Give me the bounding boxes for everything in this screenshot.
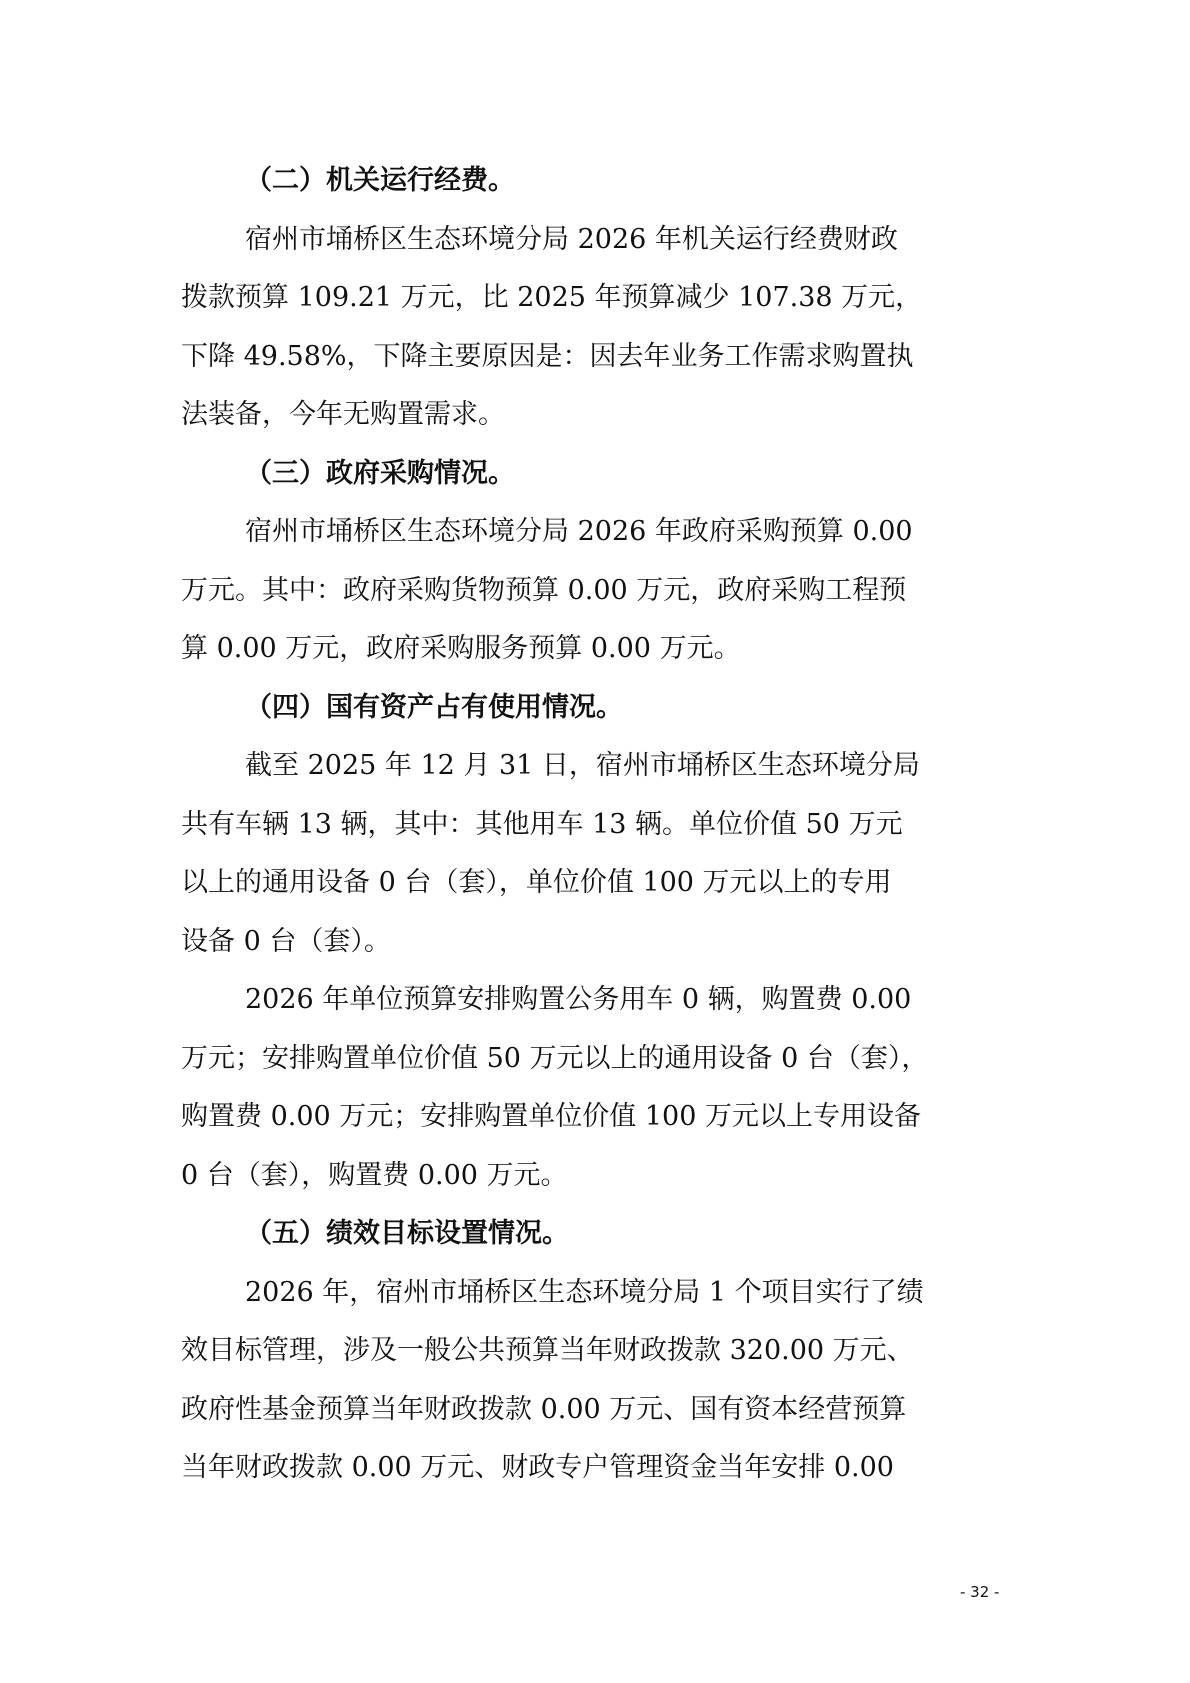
paragraph-line: 宿州市埇桥区生态环境分局 2026 年政府采购预算 0.00 — [181, 503, 1007, 562]
paragraph-line: 万元。其中：政府采购货物预算 0.00 万元，政府采购工程预 — [181, 562, 1007, 621]
paragraph-line: 拨款预算 109.21 万元，比 2025 年预算减少 107.38 万元， — [181, 269, 1007, 328]
section-heading-operating-expenses: （二）机关运行经费。 — [181, 152, 1007, 211]
section-heading-procurement: （三）政府采购情况。 — [181, 445, 1007, 504]
paragraph-line: 购置费 0.00 万元；安排购置单位价值 100 万元以上专用设备 — [181, 1088, 1007, 1147]
paragraph-line: 效目标管理，涉及一般公共预算当年财政拨款 320.00 万元、 — [181, 1322, 1007, 1381]
paragraph-line: 下降 49.58%，下降主要原因是：因去年业务工作需求购置执 — [181, 328, 1007, 387]
section-heading-state-assets: （四）国有资产占有使用情况。 — [181, 679, 1007, 738]
paragraph-line: 法装备，今年无购置需求。 — [181, 386, 1007, 445]
document-page: （二）机关运行经费。 宿州市埇桥区生态环境分局 2026 年机关运行经费财政 拨… — [0, 0, 1190, 1683]
paragraph-line: 万元；安排购置单位价值 50 万元以上的通用设备 0 台（套）， — [181, 1030, 1007, 1089]
paragraph-line: 2026 年，宿州市埇桥区生态环境分局 1 个项目实行了绩 — [181, 1264, 1007, 1323]
paragraph-line: 0 台（套），购置费 0.00 万元。 — [181, 1147, 1007, 1206]
paragraph-line: 宿州市埇桥区生态环境分局 2026 年机关运行经费财政 — [181, 211, 1007, 270]
paragraph-line: 设备 0 台（套）。 — [181, 913, 1007, 972]
paragraph-line: 2026 年单位预算安排购置公务用车 0 辆，购置费 0.00 — [181, 971, 1007, 1030]
document-body: （二）机关运行经费。 宿州市埇桥区生态环境分局 2026 年机关运行经费财政 拨… — [181, 152, 1007, 1498]
paragraph-line: 共有车辆 13 辆，其中：其他用车 13 辆。单位价值 50 万元 — [181, 796, 1007, 855]
paragraph-line: 以上的通用设备 0 台（套），单位价值 100 万元以上的专用 — [181, 854, 1007, 913]
section-heading-performance-goals: （五）绩效目标设置情况。 — [181, 1205, 1007, 1264]
page-number: - 32 - — [960, 1583, 999, 1601]
paragraph-line: 当年财政拨款 0.00 万元、财政专户管理资金当年安排 0.00 — [181, 1439, 1007, 1498]
paragraph-line: 截至 2025 年 12 月 31 日，宿州市埇桥区生态环境分局 — [181, 737, 1007, 796]
paragraph-line: 算 0.00 万元，政府采购服务预算 0.00 万元。 — [181, 620, 1007, 679]
paragraph-line: 政府性基金预算当年财政拨款 0.00 万元、国有资本经营预算 — [181, 1381, 1007, 1440]
